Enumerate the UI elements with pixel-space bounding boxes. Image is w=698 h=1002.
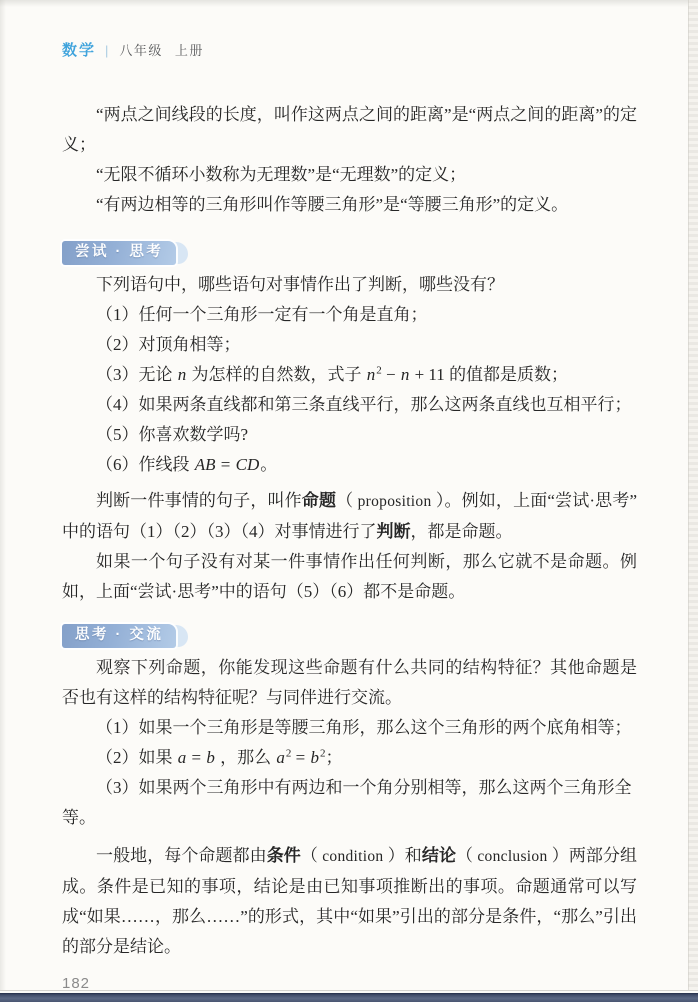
non-proposition-paragraph: 如果一个句子没有对某一件事情作出任何判断，那么它就不是命题。例如，上面“尝试·思… bbox=[62, 547, 637, 607]
header-divider: | bbox=[105, 43, 108, 58]
subject-label: 数学 bbox=[62, 42, 96, 59]
statement-item-2: （2）对顶角相等； bbox=[62, 330, 637, 360]
scan-edge-bottom bbox=[0, 993, 698, 1002]
definition-paragraph-1: “两点之间线段的长度，叫作这两点之间的距离”是“两点之间的距离”的定义； bbox=[62, 100, 637, 160]
definition-paragraph-2: “无限不循环小数称为无理数”是“无理数”的定义； bbox=[62, 160, 637, 190]
statement-item-3: （3）无论 n 为怎样的自然数，式子 n2 − n + 11 的值都是质数； bbox=[62, 360, 637, 390]
volume-label: 上册 bbox=[175, 43, 204, 58]
scan-edge-left bbox=[0, 0, 6, 990]
question-paragraph: 下列语句中，哪些语句对事情作出了判断，哪些没有？ bbox=[62, 270, 637, 300]
definitions-block: “两点之间线段的长度，叫作这两点之间的距离”是“两点之间的距离”的定义； “无限… bbox=[62, 100, 637, 220]
proposition-item-2: （2）如果 a = b ，那么 a2 = b2； bbox=[62, 743, 637, 773]
statement-item-5: （5）你喜欢数学吗? bbox=[62, 420, 637, 450]
try-think-badge: 尝试 · 思考 bbox=[62, 241, 176, 265]
proposition-definition-block: 判断一件事情的句子，叫作命题（ proposition ）。例如，上面“尝试·思… bbox=[62, 486, 637, 607]
page-header: 数学|八年级上册 bbox=[62, 40, 637, 60]
statement-item-1: （1）任何一个三角形一定有一个角是直角； bbox=[62, 300, 637, 330]
condition-conclusion-block: 一般地，每个命题都由条件（ condition ）和结论（ conclusion… bbox=[62, 841, 637, 962]
scan-edge-right bbox=[688, 0, 698, 990]
proposition-definition-paragraph: 判断一件事情的句子，叫作命题（ proposition ）。例如，上面“尝试·思… bbox=[62, 486, 637, 547]
think-communicate-badge-wrap: 思考 · 交流 bbox=[62, 619, 176, 643]
page-number: 182 bbox=[62, 974, 637, 994]
observe-paragraph: 观察下列命题，你能发现这些命题有什么共同的结构特征？其他命题是否也有这样的结构特… bbox=[62, 653, 637, 713]
scan-edge-top bbox=[0, 0, 698, 7]
statement-item-4: （4）如果两条直线都和第三条直线平行，那么这两条直线也互相平行； bbox=[62, 390, 637, 420]
condition-conclusion-paragraph: 一般地，每个命题都由条件（ condition ）和结论（ conclusion… bbox=[62, 841, 637, 962]
proposition-item-3: （3）如果两个三角形中有两边和一个角分别相等，那么这两个三角形全等。 bbox=[62, 773, 637, 833]
statement-item-6: （6）作线段 AB = CD。 bbox=[62, 450, 637, 480]
definition-paragraph-3: “有两边相等的三角形叫作等腰三角形”是“等腰三角形”的定义。 bbox=[62, 190, 637, 220]
think-communicate-section: 思考 · 交流 观察下列命题，你能发现这些命题有什么共同的结构特征？其他命题是否… bbox=[62, 607, 637, 833]
try-think-body: 下列语句中，哪些语句对事情作出了判断，哪些没有？ （1）任何一个三角形一定有一个… bbox=[62, 270, 637, 480]
try-think-section: 尝试 · 思考 下列语句中，哪些语句对事情作出了判断，哪些没有？ （1）任何一个… bbox=[62, 220, 637, 480]
think-communicate-badge: 思考 · 交流 bbox=[62, 624, 176, 648]
page-root: 数学|八年级上册 “两点之间线段的长度，叫作这两点之间的距离”是“两点之间的距离… bbox=[0, 0, 698, 1002]
think-communicate-body: 观察下列命题，你能发现这些命题有什么共同的结构特征？其他命题是否也有这样的结构特… bbox=[62, 653, 637, 833]
proposition-item-1: （1）如果一个三角形是等腰三角形，那么这个三角形的两个底角相等； bbox=[62, 713, 637, 743]
grade-label: 八年级 bbox=[119, 43, 163, 58]
try-think-badge-wrap: 尝试 · 思考 bbox=[62, 236, 176, 260]
